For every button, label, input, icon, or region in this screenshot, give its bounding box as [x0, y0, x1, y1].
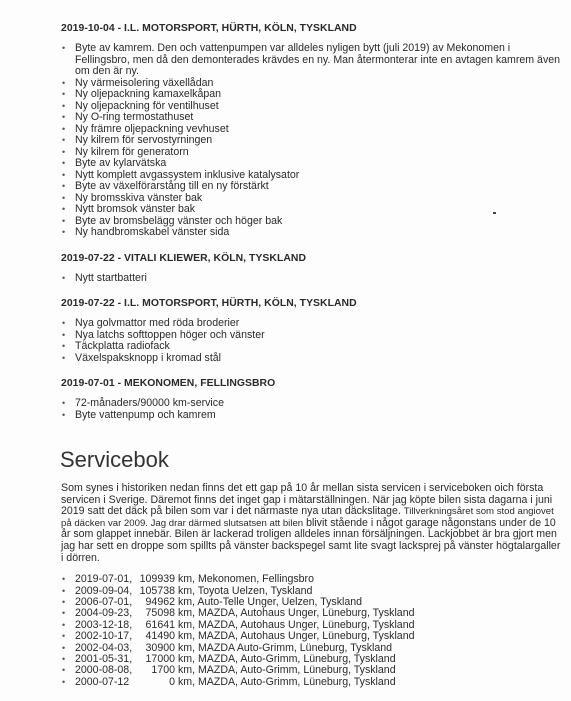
list-item: Byte vattenpump och kamrem — [61, 410, 561, 422]
list-item: Ny handbromskabel vänster sida — [61, 227, 561, 239]
list-item: Nytt bromsok vänster bak — [61, 204, 561, 216]
list-item: Byte av växelförarstång till en ny först… — [61, 181, 561, 193]
list-item: Nya golvmattor med röda broderier — [61, 318, 561, 330]
entry-desc: km, Toyota Uelzen, Tyskland — [178, 585, 312, 597]
entry-desc: km, Auto-Telle Unger, Uelzen, Tyskland — [178, 596, 362, 608]
history-list: Nytt startbatteri — [61, 273, 561, 285]
entry-date: 2002-10-17, — [75, 631, 133, 642]
history-list: Byte av kamrem. Den och vattenpumpen var… — [61, 43, 561, 239]
entry-desc: km, MAZDA, Auto-Grimm, Lüneburg, Tysklan… — [178, 664, 396, 676]
entry-desc: km, MAZDA, Autohaus Unger, Lüneburg, Tys… — [178, 630, 415, 642]
entry-desc: km, MAZDA, Auto-Grimm, Lüneburg, Tysklan… — [178, 676, 396, 688]
servicebok-title: Servicebok — [60, 447, 561, 473]
entry-desc: km, MAZDA, Autohaus Unger, Lüneburg, Tys… — [178, 607, 415, 619]
list-item: Ny oljepackning kamaxelkåpan — [61, 89, 561, 101]
list-item: Byte av kamrem. Den och vattenpumpen var… — [61, 43, 561, 78]
history-heading: 2019-10-04 - I.L. MOTORSPORT, HÜRTH, KÖL… — [61, 23, 561, 34]
list-item: Täckplatta radiofack — [61, 341, 561, 353]
list-item: 72-månaders/90000 km-service — [61, 398, 561, 410]
entry-km: 109939 — [133, 574, 175, 585]
entry-date: 2019-07-01, — [75, 574, 133, 585]
history-heading: 2019-07-22 - VITALI KLIEWER, KÖLN, TYSKL… — [61, 253, 561, 264]
list-item: Växelspaksknopp i kromad stål — [61, 353, 561, 365]
list-item: Ny O-ring termostathuset — [61, 112, 561, 124]
list-item: Nytt startbatteri — [61, 273, 561, 285]
history-list: 72-månaders/90000 km-serviceByte vattenp… — [61, 398, 561, 421]
list-item: Byte av kylarvätska — [61, 158, 561, 170]
servicebok-entries: 2019-07-01,109939 km, Mekonomen, Felling… — [61, 574, 561, 688]
entry-km: 41490 — [133, 631, 175, 642]
entry-desc: km, Mekonomen, Fellingsbro — [178, 573, 314, 585]
list-item: Ny kilrem för servostyrningen — [61, 135, 561, 147]
entry-date: 2000-07-12 — [75, 677, 133, 688]
entry-desc: km, MAZDA, Autohaus Unger, Lüneburg, Tys… — [178, 619, 415, 631]
history-list: Nya golvmattor med röda broderierNya lat… — [61, 318, 561, 364]
service-entry: 2000-07-120 km, MAZDA, Auto-Grimm, Lüneb… — [61, 677, 561, 688]
entry-desc: km, MAZDA, Auto-Grimm, Lüneburg, Tysklan… — [178, 653, 396, 665]
entry-km: 0 — [133, 677, 175, 688]
servicebok-paragraph: Som synes i historiken nedan finns det e… — [61, 483, 561, 564]
entry-desc: km, MAZDA Auto-Grimm, Lüneburg, Tyskland — [178, 642, 392, 654]
document-page: 2019-10-04 - I.L. MOTORSPORT, HÜRTH, KÖL… — [61, 23, 561, 701]
history-heading: 2019-07-01 - MEKONOMEN, FELLINGSBRO — [61, 378, 561, 389]
scan-speck — [493, 212, 496, 214]
history-heading: 2019-07-22 - I.L. MOTORSPORT, HÜRTH, KÖL… — [61, 298, 561, 309]
service-history: 2019-10-04 - I.L. MOTORSPORT, HÜRTH, KÖL… — [61, 23, 561, 421]
